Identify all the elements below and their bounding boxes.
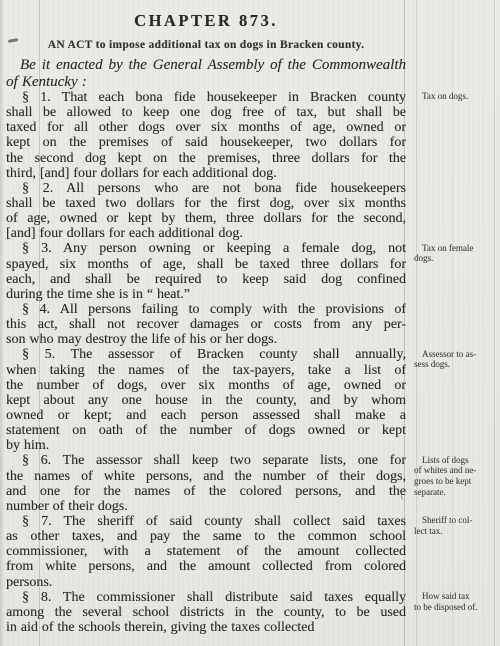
text-line: son who may destroy the life of his or h… <box>6 332 406 347</box>
text-line: § 5. The assessor of Bracken county shal… <box>6 347 406 362</box>
text-line: the number of dogs, over six months of a… <box>6 378 406 393</box>
enacting-clause: Be it enacted by the General Assembly of… <box>6 57 406 90</box>
section-paragraph: § 3. Any person owning or keeping a fema… <box>6 241 406 302</box>
text-line: shall be taxed two dollars for the first… <box>6 196 406 211</box>
scan-streak-line <box>494 0 495 646</box>
text-line: § 1. That each bona fide housekeeper in … <box>6 90 406 105</box>
section-paragraph: § 8. The commissioner shall distribute s… <box>6 590 406 635</box>
text-line: and one for the names of the colored per… <box>6 484 406 499</box>
text-line: § 4. All persons failing to comply with … <box>6 302 406 317</box>
text-line: number of their dogs. <box>6 499 406 514</box>
section-paragraph: § 7. The sheriff of said county shall co… <box>6 514 406 590</box>
margin-note: Sheriff to col- lect tax. <box>414 515 492 537</box>
text-line: as other taxes, and pay the same to the … <box>6 529 406 544</box>
text-line: § 7. The sheriff of said county shall co… <box>6 514 406 529</box>
margin-rule-line <box>416 0 417 646</box>
scan-streak-line <box>452 0 453 646</box>
text-line: each, and shall be required to keep said… <box>6 272 406 287</box>
margin-note: Tax on dogs. <box>414 91 492 102</box>
text-line: [and] four dollars for each additional d… <box>6 226 406 241</box>
text-line: § 8. The commissioner shall distribute s… <box>6 590 406 605</box>
section-paragraph: § 5. The assessor of Bracken county shal… <box>6 347 406 453</box>
statute-page: CHAPTER 873. AN ACT to impose additional… <box>0 0 500 646</box>
text-line: of age, owned or kept by them, three dol… <box>6 211 406 226</box>
section-paragraph: § 2. All persons who are not bona fide h… <box>6 181 406 242</box>
text-line: § 3. Any person owning or keeping a fema… <box>6 241 406 256</box>
text-line: in aid of the schools therein, giving th… <box>6 620 406 635</box>
text-line: statement on oath of the number of dogs … <box>6 423 406 438</box>
text-line: § 6. The assessor shall keep two separat… <box>6 453 406 468</box>
text-line: the second dog kept on the premises, thr… <box>6 151 406 166</box>
text-line: shall be allowed to keep one dog free of… <box>6 105 406 120</box>
scan-edge-shading <box>0 0 4 646</box>
text-line: persons. <box>6 575 406 590</box>
text-line: owned or kept; and each person assessed … <box>6 408 406 423</box>
chapter-heading: CHAPTER 873. <box>6 11 406 31</box>
text-line: taxed for all other dogs over six months… <box>6 120 406 135</box>
text-line: during the time she is in “ heat.” <box>6 287 406 302</box>
section-paragraph: § 1. That each bona fide housekeeper in … <box>6 90 406 181</box>
act-body: § 1. That each bona fide housekeeper in … <box>6 90 406 635</box>
text-line: from white persons, and the amount colle… <box>6 559 406 574</box>
text-line: by him. <box>6 438 406 453</box>
section-paragraph: § 4. All persons failing to comply with … <box>6 302 406 347</box>
text-line: kept on the premises of said housekeeper… <box>6 135 406 150</box>
text-line: commissioner, with a statement of the am… <box>6 544 406 559</box>
text-line: of Kentucky : <box>6 74 406 91</box>
margin-note: Assessor to as- sess dogs. <box>414 349 492 371</box>
text-line: kept about any one house in the county, … <box>6 393 406 408</box>
margin-note: Lists of dogs of whites and ne- groes to… <box>414 455 492 498</box>
margin-note: How said tax to be disposed of. <box>414 591 492 613</box>
section-paragraph: § 6. The assessor shall keep two separat… <box>6 453 406 514</box>
text-line: among the several school districts in th… <box>6 605 406 620</box>
text-line: this act, shall not recover damages or c… <box>6 317 406 332</box>
text-line: the names of white persons, and the numb… <box>6 469 406 484</box>
text-line: Be it enacted by the General Assembly of… <box>6 57 406 74</box>
text-line: spayed, six months of age, shall be taxe… <box>6 257 406 272</box>
main-text-column: CHAPTER 873. AN ACT to impose additional… <box>6 0 406 635</box>
text-line: when taking the names of the tax-payers,… <box>6 363 406 378</box>
text-line: third, [and] four dollars for each addit… <box>6 166 406 181</box>
text-line: § 2. All persons who are not bona fide h… <box>6 181 406 196</box>
margin-note: Tax on female dogs. <box>414 243 492 265</box>
act-title: AN ACT to impose additional tax on dogs … <box>6 39 406 51</box>
